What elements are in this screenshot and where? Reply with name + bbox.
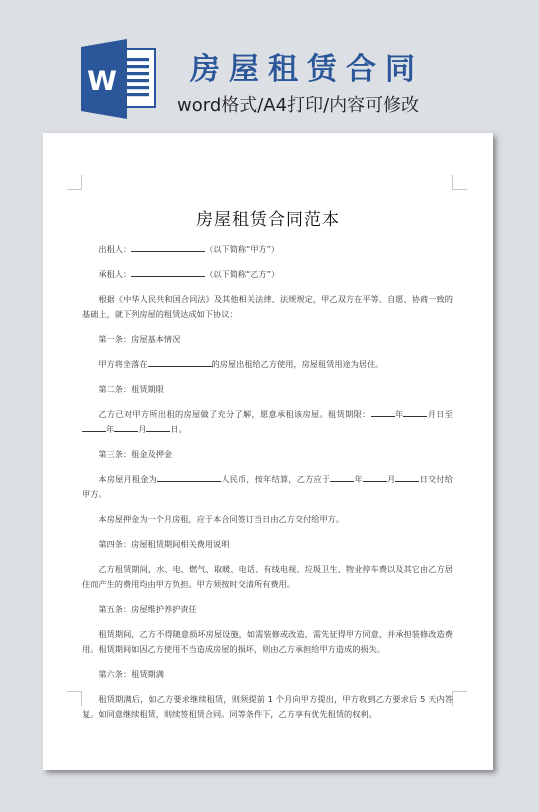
rent-amount-blank: [157, 472, 221, 482]
document-page: 房屋租赁合同范本 出租人：（以下简称“甲方”） 承租人：（以下简称“乙方”） 根…: [43, 133, 493, 770]
article4-text: 乙方租赁期间，水、电、燃气、取暖、电话、有线电视、垃圾卫生、物业停车费以及其它由…: [82, 562, 453, 592]
month-label: 月: [138, 424, 146, 434]
article4-heading: 第四条：房屋租赁期间相关费用说明: [82, 537, 453, 552]
end-month-blank: [114, 422, 138, 432]
article6-text: 租赁期满后，如乙方要求继续租赁，则须提前 1 个月向甲方提出，甲方收到乙方要求后…: [82, 692, 453, 722]
year-label: 年: [354, 474, 363, 484]
day-label: 日: [419, 474, 428, 484]
article1-text: 甲方将坐落在的房屋出租给乙方使用，房屋租赁用途为居住。: [82, 357, 453, 372]
article3-rent: 本房屋月租金为人民币，按年结算，乙方应于年月日交付给甲方。: [82, 472, 453, 502]
article2-text: 乙方已对甲方所出租的房屋做了充分了解，愿意承租该房屋。租赁期限：: [98, 409, 370, 419]
pay-day-blank: [395, 472, 419, 482]
end-year-blank: [82, 422, 106, 432]
rent-before: 本房屋月租金为: [98, 474, 157, 484]
svg-text:W: W: [87, 66, 117, 97]
address-blank: [148, 357, 212, 367]
article5-heading: 第五条：房屋维护养护责任: [82, 602, 453, 617]
start-month-blank: [403, 407, 427, 417]
article2-text: 乙方已对甲方所出租的房屋做了充分了解，愿意承租该房屋。租赁期限：年月日至年月日。: [82, 407, 453, 437]
banner-title: 房屋租赁合同: [190, 52, 420, 88]
crop-mark-bottom-left: [67, 691, 82, 706]
lessor-blank: [131, 242, 205, 252]
lessor-suffix: （以下简称“甲方”）: [205, 244, 279, 254]
crop-mark-top-right: [452, 175, 467, 190]
lessee-blank: [131, 267, 205, 277]
banner-subtitle: word格式/A4打印/内容可修改: [177, 94, 419, 118]
header-banner: W 房屋租赁合同 word格式/A4打印/内容可修改: [0, 0, 539, 130]
day-end-label: 日。: [170, 424, 186, 434]
article1-text-before: 甲方将坐落在: [98, 359, 147, 369]
month-label: 月: [427, 409, 436, 419]
article3-deposit: 本房屋押金为一个月房租，应于本合同签订当日由乙方交付给甲方。: [82, 512, 453, 527]
article5-text: 租赁期间，乙方不得随意损坏房屋设施，如需装修或改造，需先征得甲方同意，并承担装修…: [82, 627, 453, 657]
lessee-line: 承租人：（以下简称“乙方”）: [82, 267, 453, 282]
pay-month-blank: [363, 472, 387, 482]
year-label: 年: [395, 409, 404, 419]
day-to-label: 日至: [436, 409, 453, 419]
article6-heading: 第六条：租赁期满: [82, 667, 453, 682]
lessee-suffix: （以下简称“乙方”）: [205, 269, 279, 279]
article3-heading: 第三条：租金及押金: [82, 447, 453, 462]
document-title: 房屋租赁合同范本: [43, 205, 493, 230]
crop-mark-top-left: [67, 175, 82, 190]
lessor-line: 出租人：（以下简称“甲方”）: [82, 242, 453, 257]
article1-text-after: 的房屋出租给乙方使用，房屋租赁用途为居住。: [212, 359, 384, 369]
crop-mark-bottom-right: [452, 691, 467, 706]
month-label: 月: [387, 474, 396, 484]
lessor-label: 出租人：: [98, 244, 131, 254]
lessee-label: 承租人：: [98, 269, 131, 279]
start-year-blank: [371, 407, 395, 417]
word-icon: W: [81, 39, 157, 119]
preamble: 根据《中华人民共和国合同法》及其他相关法律、法规规定，甲乙双方在平等、自愿、协商…: [82, 292, 453, 322]
rent-mid: 人民币，按年结算，乙方应于: [221, 474, 330, 484]
year-label: 年: [106, 424, 114, 434]
document-body: 出租人：（以下简称“甲方”） 承租人：（以下简称“乙方”） 根据《中华人民共和国…: [82, 242, 453, 732]
article2-heading: 第二条：租赁期限: [82, 382, 453, 397]
article1-heading: 第一条：房屋基本情况: [82, 332, 453, 347]
end-day-blank: [146, 422, 170, 432]
pay-year-blank: [330, 472, 354, 482]
